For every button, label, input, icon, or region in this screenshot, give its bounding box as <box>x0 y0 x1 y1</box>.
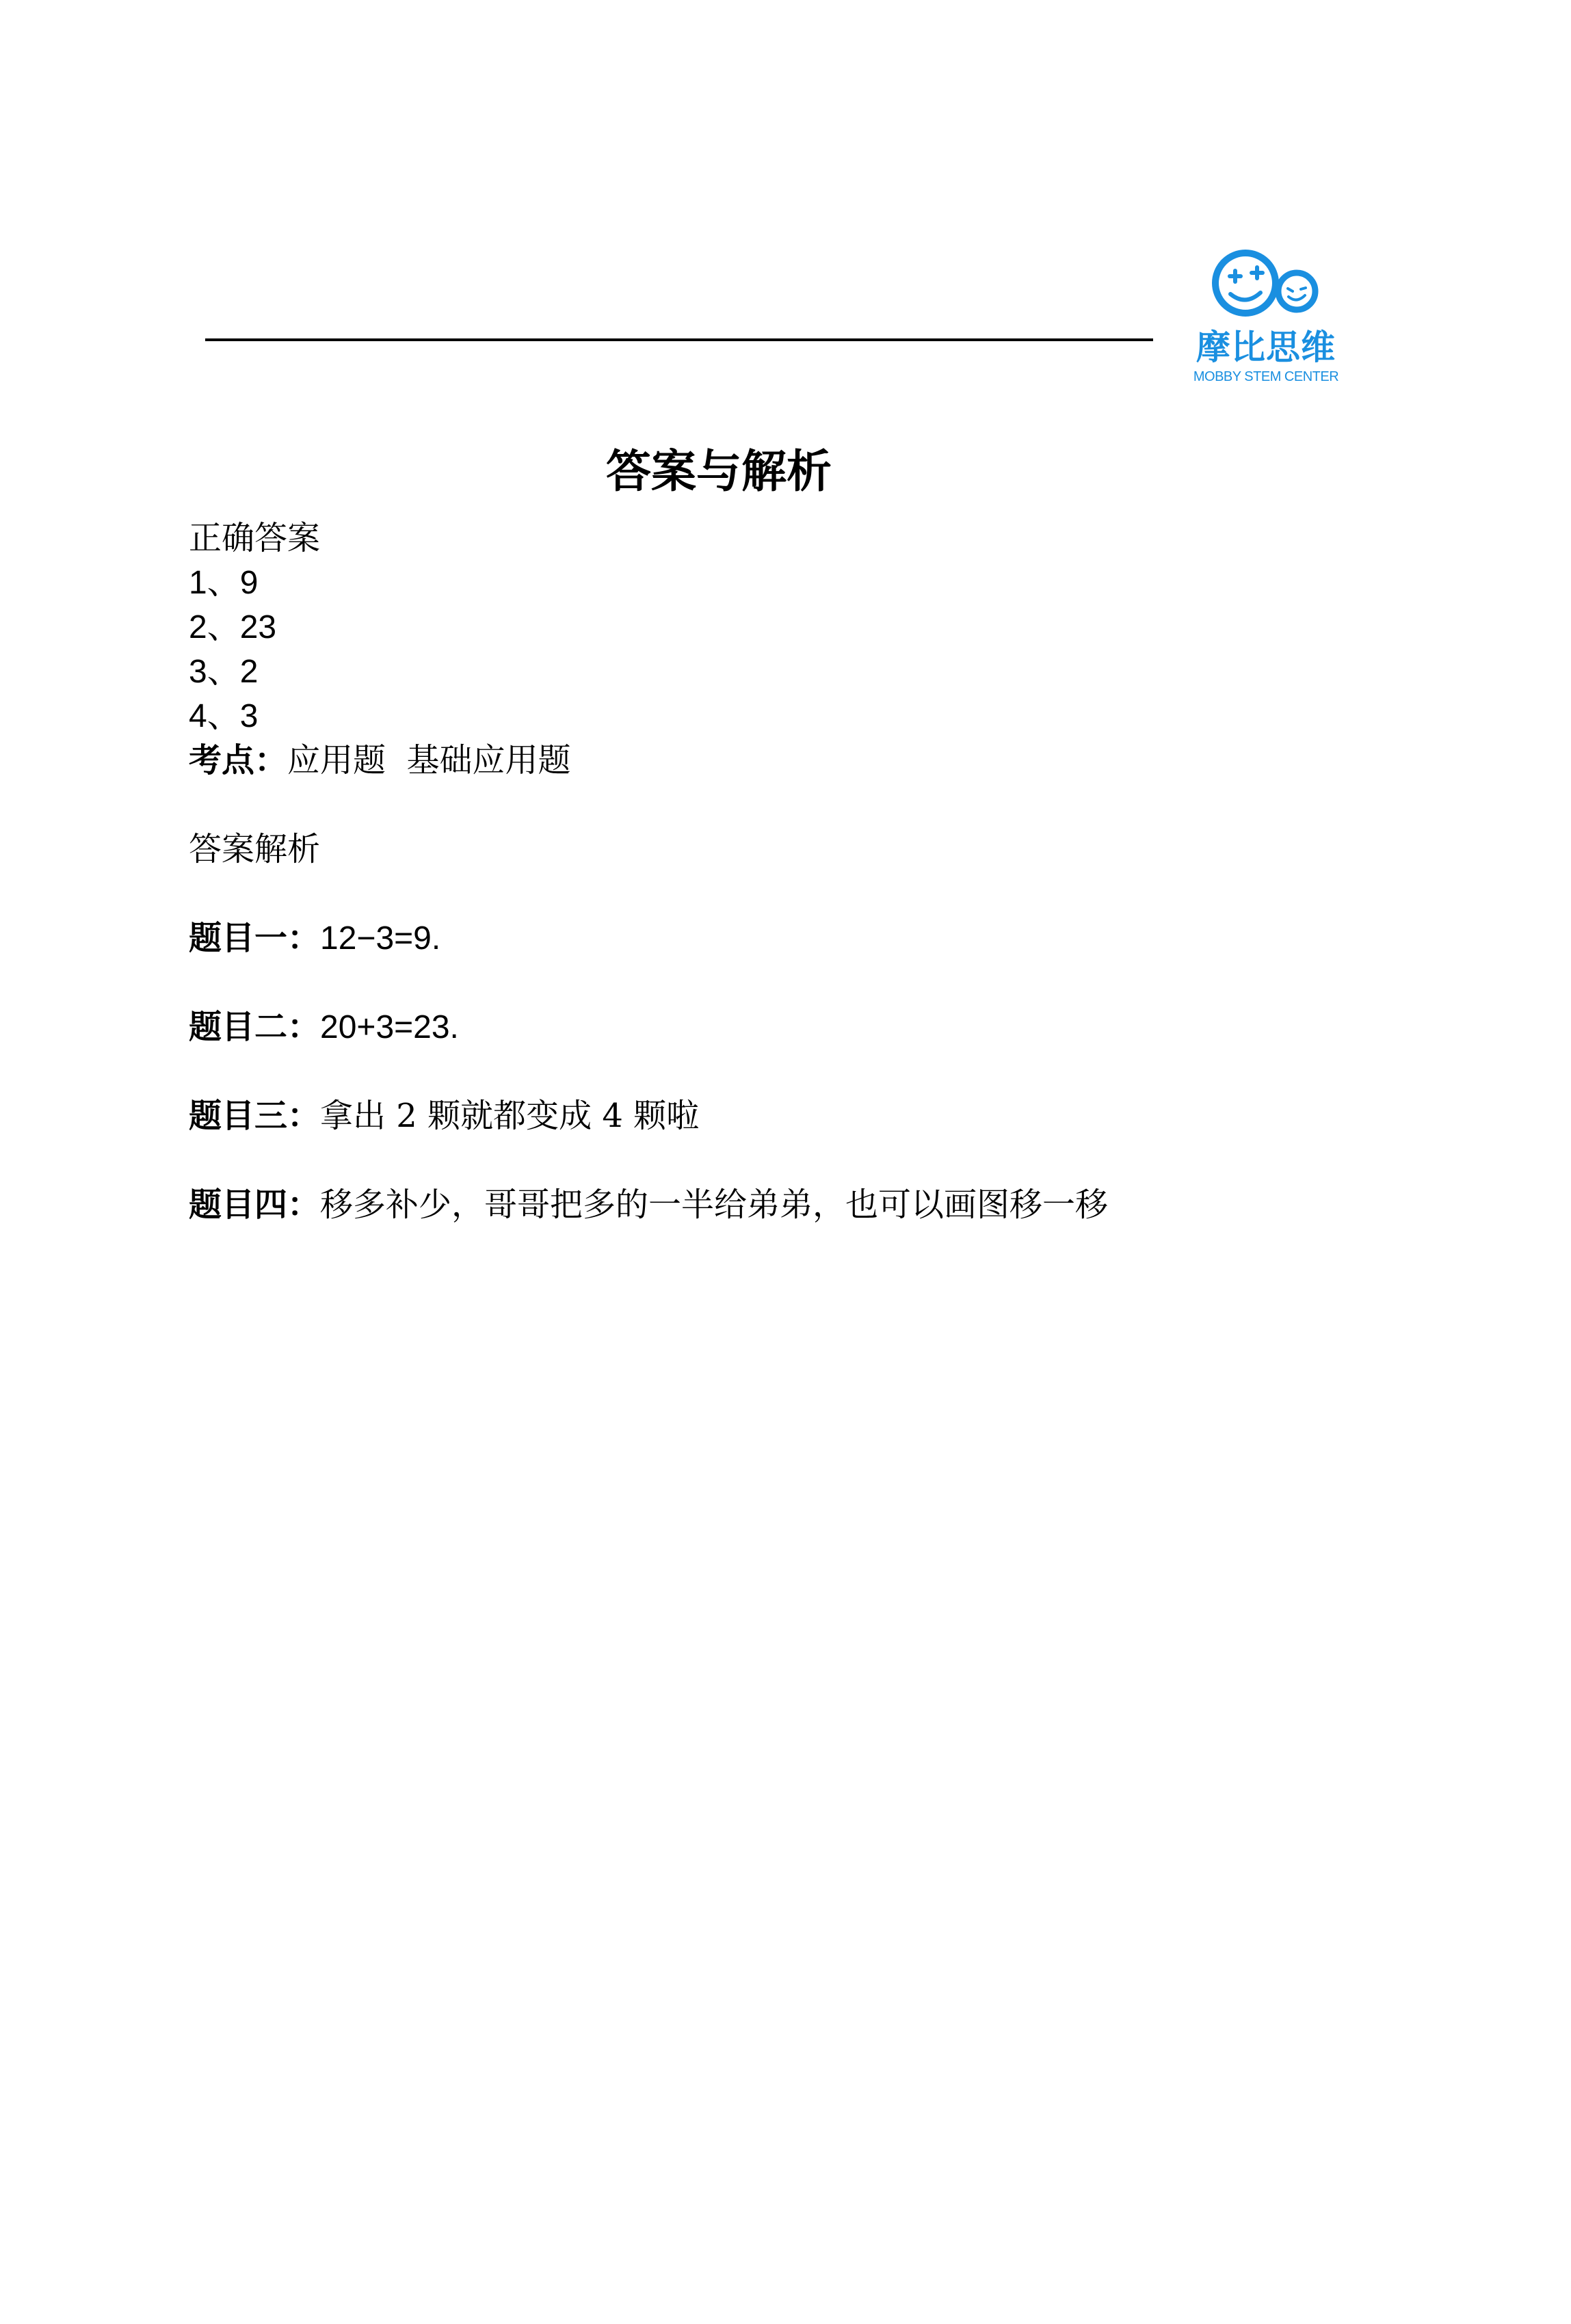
answer-item: 1、9 <box>189 561 1420 605</box>
analysis-label: 题目二： <box>189 1008 320 1046</box>
knowledge-point-label: 考点： <box>189 741 287 779</box>
page-title: 答案与解析 <box>0 444 1571 499</box>
spacer <box>189 1050 1420 1094</box>
knowledge-point-value: 应用题 基础应用题 <box>287 741 571 779</box>
spacer <box>189 961 1420 1005</box>
analysis-text: 移多补少，哥哥把多的一半给弟弟，也可以画图移一移 <box>320 1186 1108 1224</box>
analysis-item: 题目二：20+3=23. <box>189 1005 1420 1050</box>
answer-item: 4、3 <box>189 694 1420 738</box>
analysis-item: 题目一：12−3=9. <box>189 916 1420 961</box>
header-divider <box>205 338 1153 341</box>
analysis-item: 题目三：拿出 2 颗就都变成 4 颗啦 <box>189 1094 1420 1138</box>
page-title-text: 答案与解析 <box>606 444 832 499</box>
answer-item: 2、23 <box>189 605 1420 650</box>
answer-value: 2 <box>240 654 259 690</box>
document-page: 摩比思维 MOBBY STEM CENTER 答案与解析 正确答案 1、9 2、… <box>0 0 1571 2324</box>
brand-logo: 摩比思维 MOBBY STEM CENTER <box>1187 246 1344 393</box>
answer-value: 23 <box>240 609 276 645</box>
answer-number: 4、 <box>189 698 240 734</box>
answer-item: 3、2 <box>189 650 1420 694</box>
answer-number: 2、 <box>189 609 240 645</box>
document-body: 正确答案 1、9 2、23 3、2 4、3 考点：应用题 基础应用题 答案解析 … <box>189 516 1420 1227</box>
spacer <box>189 1138 1420 1183</box>
analysis-heading: 答案解析 <box>189 827 1420 872</box>
analysis-text: 拿出 2 颗就都变成 4 颗啦 <box>320 1097 699 1135</box>
spacer <box>189 783 1420 827</box>
logo-wordmark-cn: 摩比思维 <box>1191 327 1341 368</box>
knowledge-point: 考点：应用题 基础应用题 <box>189 738 1420 783</box>
analysis-text: 20+3=23. <box>320 1009 459 1045</box>
answer-number: 3、 <box>189 654 240 690</box>
analysis-text: 12−3=9. <box>320 920 440 957</box>
answer-number: 1、 <box>189 565 240 601</box>
analysis-label: 题目一： <box>189 919 320 957</box>
analysis-label: 题目四： <box>189 1186 320 1224</box>
smiley-faces-icon <box>1187 246 1344 328</box>
answer-value: 9 <box>240 565 259 601</box>
spacer <box>189 872 1420 916</box>
analysis-item: 题目四：移多补少，哥哥把多的一半给弟弟，也可以画图移一移 <box>189 1183 1420 1227</box>
analysis-label: 题目三： <box>189 1097 320 1135</box>
answer-value: 3 <box>240 698 259 734</box>
answers-heading: 正确答案 <box>189 516 1420 561</box>
logo-wordmark-en: MOBBY STEM CENTER <box>1191 368 1341 386</box>
